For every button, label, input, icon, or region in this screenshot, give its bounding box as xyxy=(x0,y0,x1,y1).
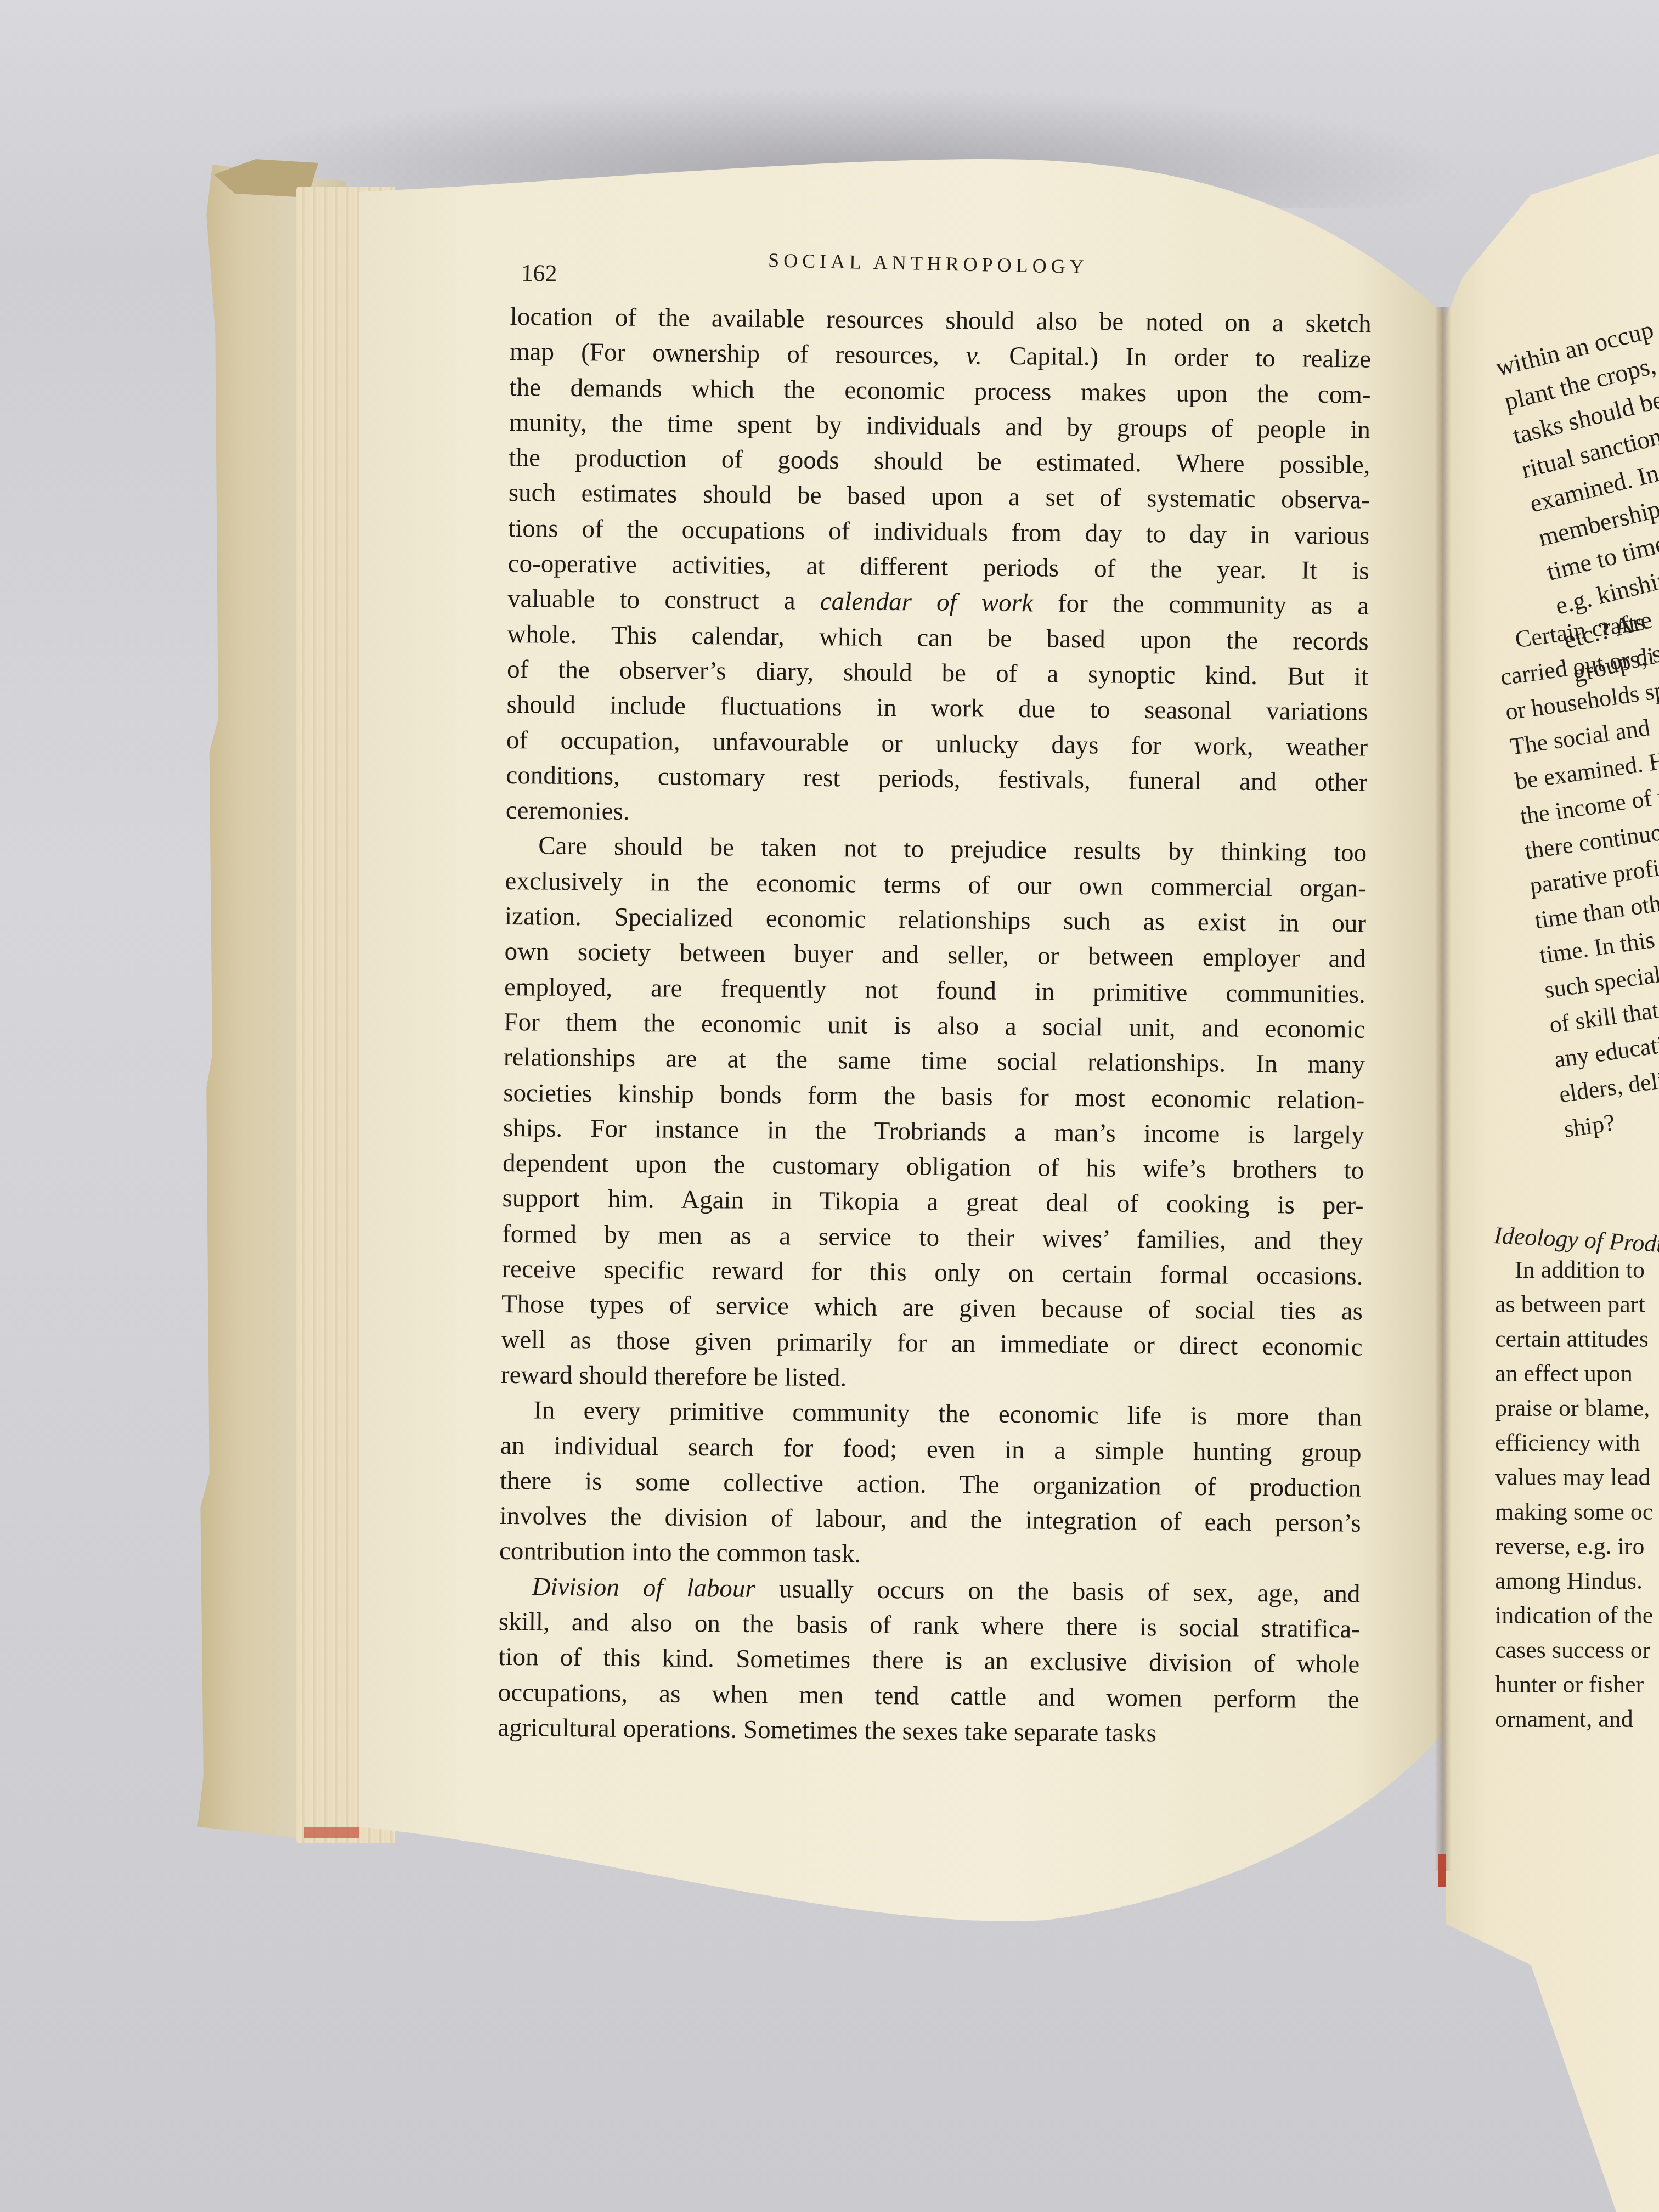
text-line: reverse, e.g. iro xyxy=(1495,1529,1659,1564)
paragraph: Care should be taken not to prejudice re… xyxy=(501,828,1367,1400)
text-line: cases success or xyxy=(1495,1633,1659,1667)
text-line: among Hindus. xyxy=(1495,1564,1659,1598)
book-gutter xyxy=(1435,307,1451,1871)
text-line: an effect upon xyxy=(1495,1356,1659,1391)
text-line: making some oc xyxy=(1495,1494,1659,1529)
italic-term: Division of labour xyxy=(532,1572,755,1603)
text-line: indication of the xyxy=(1495,1598,1659,1633)
page-number: 162 xyxy=(521,259,557,287)
text-line: efficiency with xyxy=(1495,1425,1659,1460)
paragraph: Division of labour usually occurs on the… xyxy=(498,1569,1361,1753)
text-line: agricultural operations. Sometimes the s… xyxy=(498,1710,1359,1753)
text-line: certain attitudes xyxy=(1495,1322,1659,1356)
right-page-text-bottom: Ideology of Produ In addition toas betwe… xyxy=(1495,1218,1659,1736)
text-line: as between part xyxy=(1495,1287,1659,1322)
paragraph: In every primitive community the economi… xyxy=(499,1392,1362,1576)
left-page-body: location of the available resources shou… xyxy=(498,299,1372,1753)
binding-red-edge xyxy=(304,1827,359,1838)
binding-headband xyxy=(1438,1854,1446,1887)
text-line: hunter or fisher xyxy=(1495,1667,1659,1702)
text-line: values may lead xyxy=(1495,1460,1659,1494)
paragraph: location of the available resources shou… xyxy=(506,299,1372,836)
text-line: ornament, and xyxy=(1495,1702,1659,1736)
text-line: praise or blame, xyxy=(1495,1391,1659,1425)
